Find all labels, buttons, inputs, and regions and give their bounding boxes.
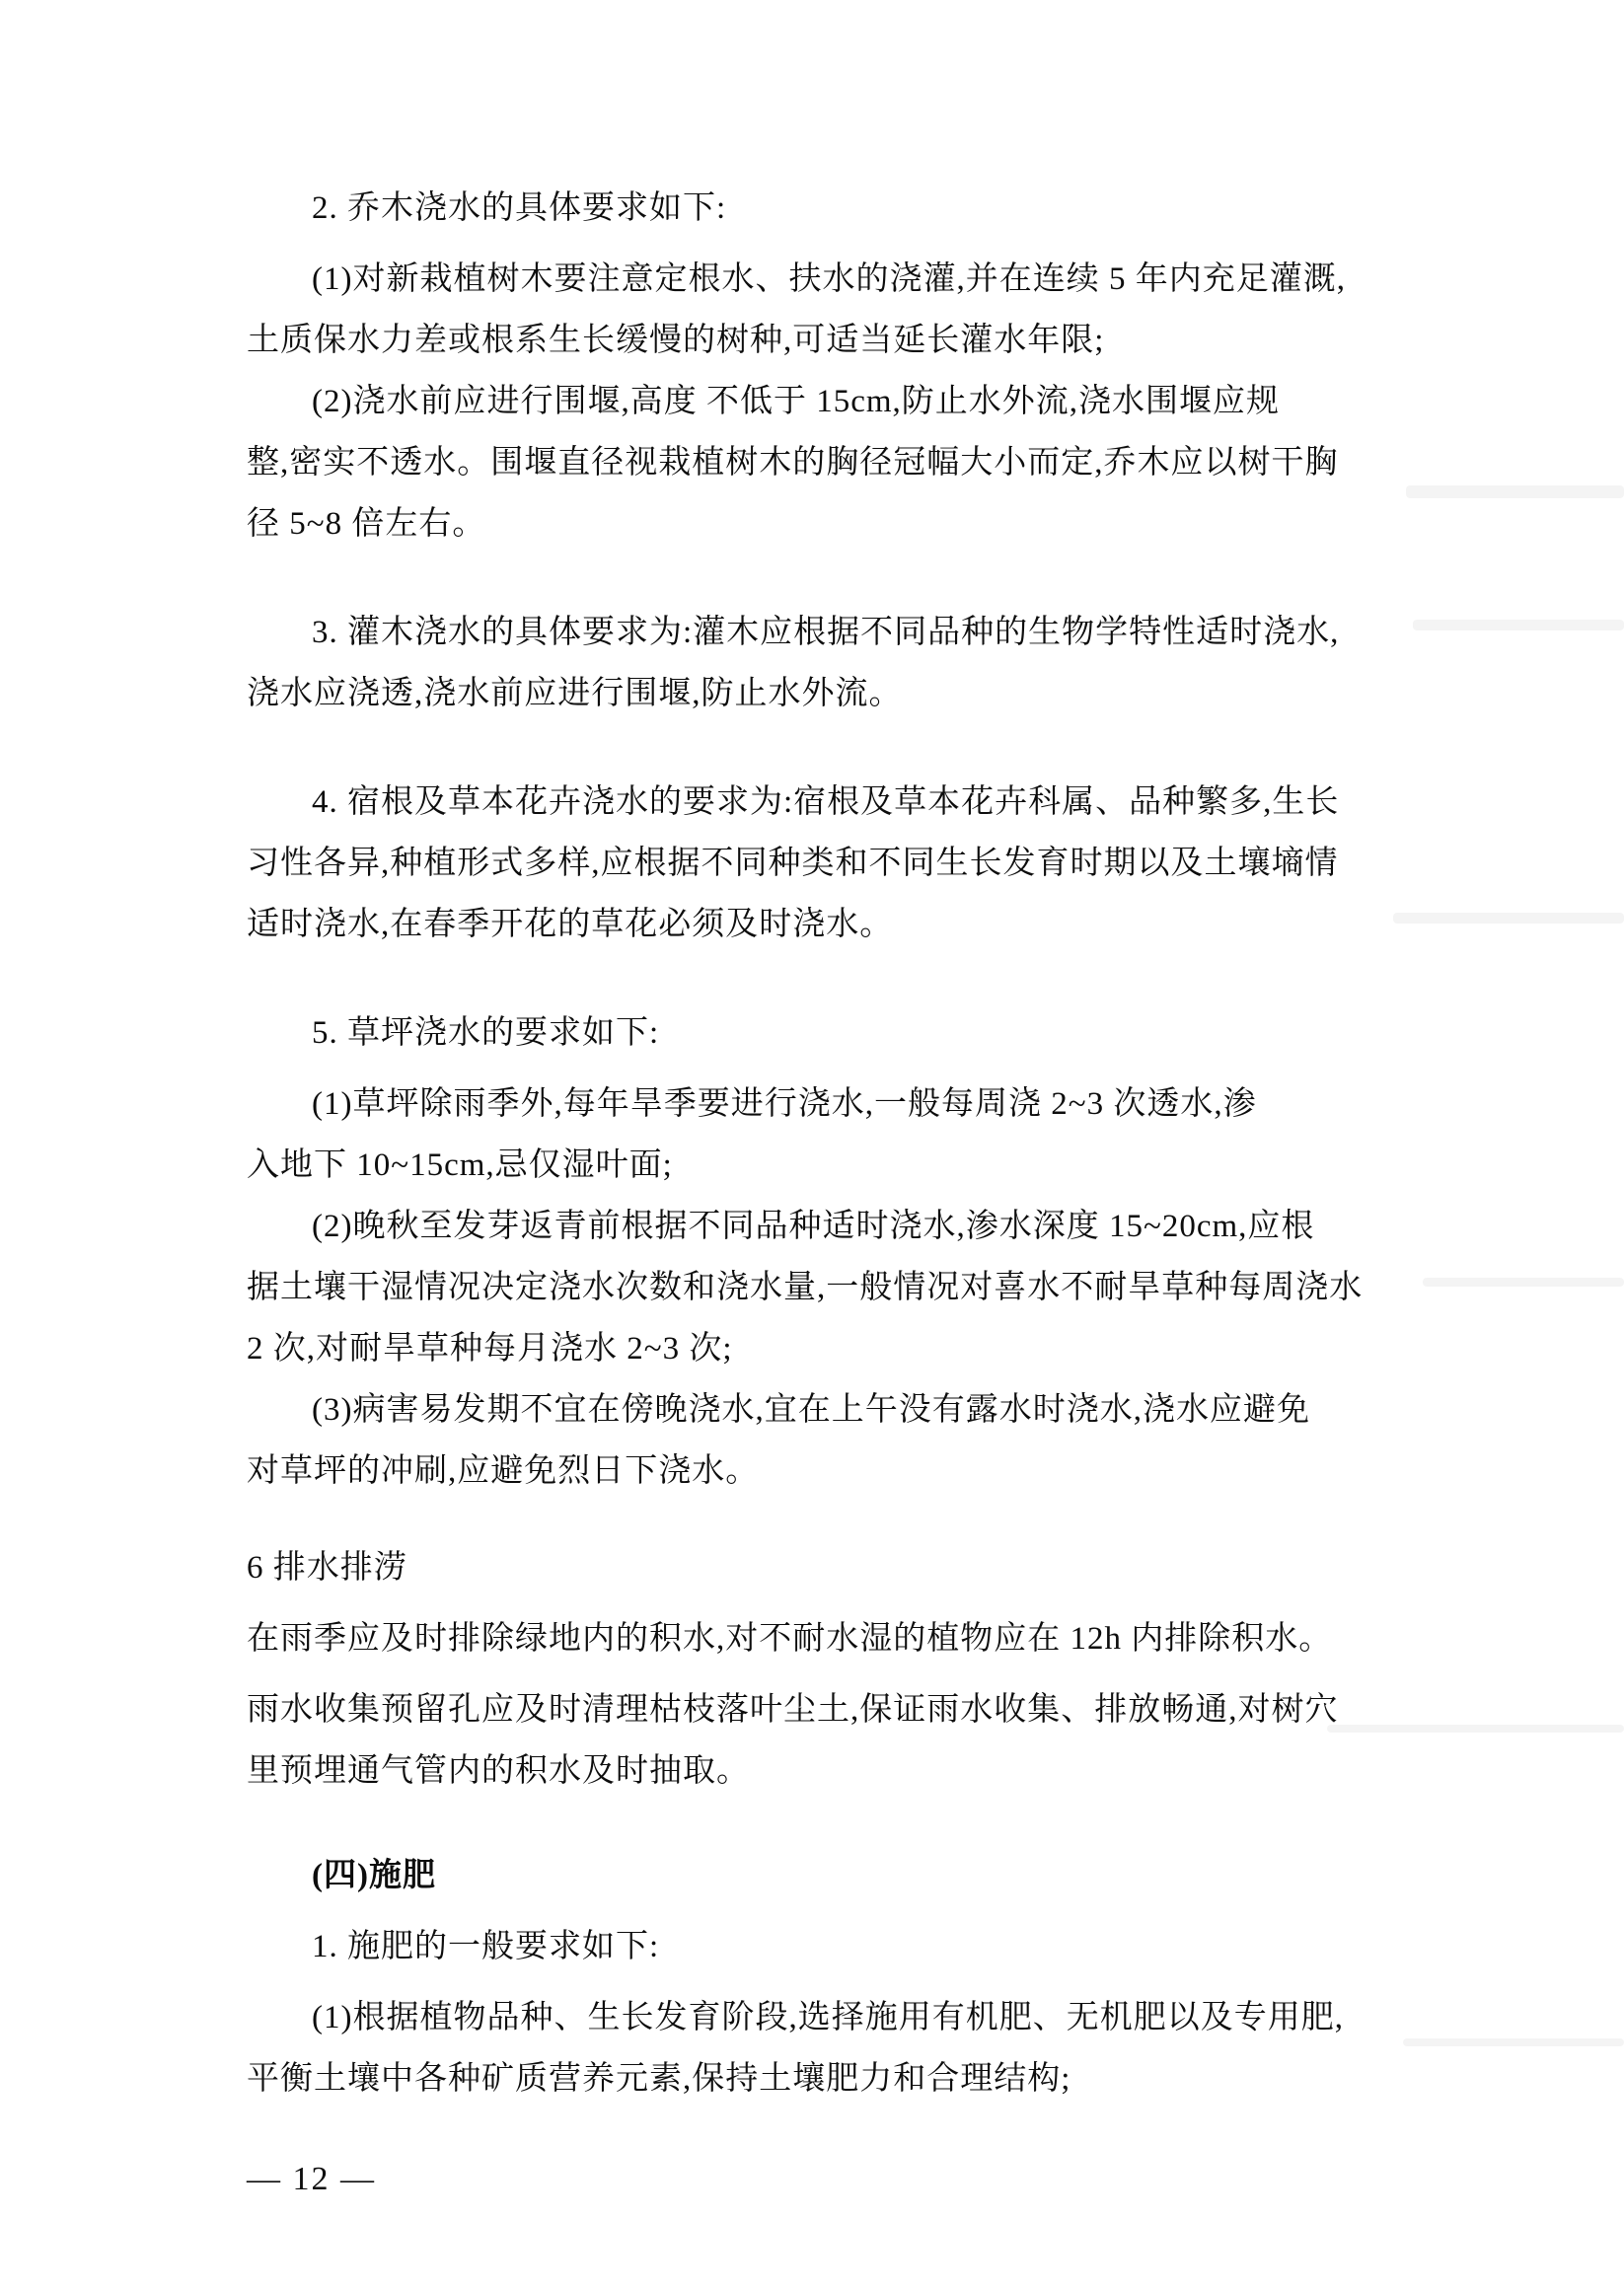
paragraph: (1)根据植物品种、生长发育阶段,选择施用有机肥、无机肥以及专用肥, 平衡土壤中…	[247, 1987, 1406, 2109]
paragraph-line: 浇水应浇透,浇水前应进行围堰,防止水外流。	[247, 663, 1406, 724]
paragraph-line: (2)晚秋至发芽返青前根据不同品种适时浇水,渗水深度 15~20cm,应根	[247, 1196, 1406, 1257]
paragraph-line: (3)病害易发期不宜在傍晚浇水,宜在上午没有露水时浇水,浇水应避免	[247, 1379, 1406, 1441]
paragraph-line: 适时浇水,在春季开花的草花必须及时浇水。	[247, 894, 1406, 955]
paragraph-line: 里预埋通气管内的积水及时抽取。	[247, 1740, 1406, 1802]
page-number: — 12 —	[247, 2149, 1406, 2210]
section-heading: 6 排水排涝	[247, 1537, 1406, 1598]
paragraph-line: 1. 施肥的一般要求如下:	[247, 1916, 1406, 1977]
paragraph-line: 整,密实不透水。围堰直径视栽植树木的胸径冠幅大小而定,乔木应以树干胸	[247, 432, 1406, 493]
paragraph-line: 入地下 10~15cm,忌仅湿叶面;	[247, 1135, 1406, 1196]
paragraph-line: 土质保水力差或根系生长缓慢的树种,可适当延长灌水年限;	[247, 310, 1406, 371]
paragraph: 4. 宿根及草本花卉浇水的要求为:宿根及草本花卉科属、品种繁多,生长 习性各异,…	[247, 772, 1406, 955]
paragraph: 5. 草坪浇水的要求如下:	[247, 1002, 1406, 1064]
paragraph-line: 2 次,对耐旱草种每月浇水 2~3 次;	[247, 1318, 1406, 1379]
paragraph-line: (2)浇水前应进行围堰,高度 不低于 15cm,防止水外流,浇水围堰应规	[247, 371, 1406, 432]
paragraph-line: 对草坪的冲刷,应避免烈日下浇水。	[247, 1441, 1406, 1502]
paragraph: (2)浇水前应进行围堰,高度 不低于 15cm,防止水外流,浇水围堰应规 整,密…	[247, 371, 1406, 555]
section-heading: (四)施肥	[247, 1845, 1406, 1906]
scan-artifact	[1393, 913, 1624, 924]
paragraph-line: 据土壤干湿情况决定浇水次数和浇水量,一般情况对喜水不耐旱草种每周浇水	[247, 1257, 1406, 1318]
paragraph: 雨水收集预留孔应及时清理枯枝落叶尘土,保证雨水收集、排放畅通,对树穴 里预埋通气…	[247, 1679, 1406, 1802]
paragraph-line: 在雨季应及时排除绿地内的积水,对不耐水湿的植物应在 12h 内排除积水。	[247, 1608, 1406, 1669]
paragraph-line: 2. 乔木浇水的具体要求如下:	[247, 178, 1406, 239]
text-block: 2. 乔木浇水的具体要求如下: (1)对新栽植树木要注意定根水、扶水的浇灌,并在…	[247, 178, 1406, 2210]
paragraph: (1)对新栽植树木要注意定根水、扶水的浇灌,并在连续 5 年内充足灌溉, 土质保…	[247, 249, 1406, 371]
paragraph: 1. 施肥的一般要求如下:	[247, 1916, 1406, 1977]
paragraph: 2. 乔木浇水的具体要求如下:	[247, 178, 1406, 239]
document-page: 2. 乔木浇水的具体要求如下: (1)对新栽植树木要注意定根水、扶水的浇灌,并在…	[0, 0, 1624, 2292]
paragraph-line: 3. 灌木浇水的具体要求为:灌木应根据不同品种的生物学特性适时浇水,	[247, 602, 1406, 663]
scan-artifact	[1403, 2038, 1624, 2046]
paragraph: 在雨季应及时排除绿地内的积水,对不耐水湿的植物应在 12h 内排除积水。	[247, 1608, 1406, 1669]
scan-artifact	[1413, 620, 1624, 630]
scan-artifact	[1423, 1278, 1624, 1287]
paragraph-line: 雨水收集预留孔应及时清理枯枝落叶尘土,保证雨水收集、排放畅通,对树穴	[247, 1679, 1406, 1740]
section-heading-fertilization: (四)施肥	[247, 1845, 1406, 1906]
paragraph: 3. 灌木浇水的具体要求为:灌木应根据不同品种的生物学特性适时浇水, 浇水应浇透…	[247, 602, 1406, 724]
paragraph-line: (1)草坪除雨季外,每年旱季要进行浇水,一般每周浇 2~3 次透水,渗	[247, 1073, 1406, 1135]
paragraph-line: 径 5~8 倍左右。	[247, 493, 1406, 555]
section-heading-drainage: 6 排水排涝	[247, 1537, 1406, 1598]
paragraph: (1)草坪除雨季外,每年旱季要进行浇水,一般每周浇 2~3 次透水,渗 入地下 …	[247, 1073, 1406, 1196]
paragraph-line: 5. 草坪浇水的要求如下:	[247, 1002, 1406, 1064]
paragraph-line: (1)对新栽植树木要注意定根水、扶水的浇灌,并在连续 5 年内充足灌溉,	[247, 249, 1406, 310]
paragraph: (3)病害易发期不宜在傍晚浇水,宜在上午没有露水时浇水,浇水应避免 对草坪的冲刷…	[247, 1379, 1406, 1502]
paragraph-line: 习性各异,种植形式多样,应根据不同种类和不同生长发育时期以及土壤墒情	[247, 833, 1406, 894]
paragraph-line: 平衡土壤中各种矿质营养元素,保持土壤肥力和合理结构;	[247, 2048, 1406, 2109]
paragraph: (2)晚秋至发芽返青前根据不同品种适时浇水,渗水深度 15~20cm,应根 据土…	[247, 1196, 1406, 1379]
paragraph-line: (1)根据植物品种、生长发育阶段,选择施用有机肥、无机肥以及专用肥,	[247, 1987, 1406, 2048]
paragraph-line: 4. 宿根及草本花卉浇水的要求为:宿根及草本花卉科属、品种繁多,生长	[247, 772, 1406, 833]
scan-artifact	[1406, 485, 1624, 498]
page-footer: — 12 —	[247, 2149, 1406, 2210]
